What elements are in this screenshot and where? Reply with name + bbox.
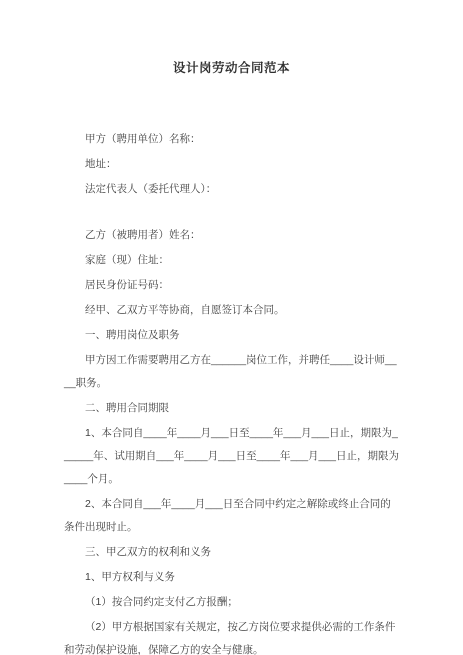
party-b-address-line: 家庭（现）住址： — [64, 249, 399, 272]
document-title: 设计岗劳动合同范本 — [64, 56, 399, 80]
contract-document-page: 设计岗劳动合同范本 甲方（聘用单位）名称： 地址： 法定代表人（委托代理人）： … — [0, 0, 463, 655]
preamble-line: 经甲、乙双方平等协商，自愿签订本合同。 — [64, 299, 399, 322]
party-b-name-line: 乙方（被聘用者）姓名： — [64, 224, 399, 247]
party-b-id-number-line: 居民身份证号码： — [64, 274, 399, 297]
party-a-name-line: 甲方（聘用单位）名称： — [64, 128, 399, 151]
section-2-clause-1: 1、本合同自____年____月___日至____年___月___日止，期限为_… — [64, 422, 399, 491]
section-1-clause: 甲方因工作需要聘用乙方在______岗位工作，并聘任____设计师____职务。 — [64, 349, 399, 395]
section-1-heading: 一、聘用岗位及职务 — [64, 324, 399, 347]
party-a-representative-line: 法定代表人（委托代理人）： — [64, 178, 399, 201]
section-2-clause-2: 2、本合同自___年____月___日至合同中约定之解除或终止合同的条件出现时止… — [64, 493, 399, 539]
section-3-item-2: （2）甲方根据国家有关规定，按乙方岗位要求提供必需的工作条件和劳动保护设施，保障… — [64, 616, 399, 655]
section-3-sub-1-heading: 1、甲方权利与义务 — [64, 566, 399, 589]
section-3-heading: 三、甲乙双方的权利和义务 — [64, 541, 399, 564]
party-a-address-line: 地址： — [64, 153, 399, 176]
section-3-item-1: （1）按合同约定支付乙方报酬； — [64, 591, 399, 614]
section-2-heading: 二、聘用合同期限 — [64, 397, 399, 420]
